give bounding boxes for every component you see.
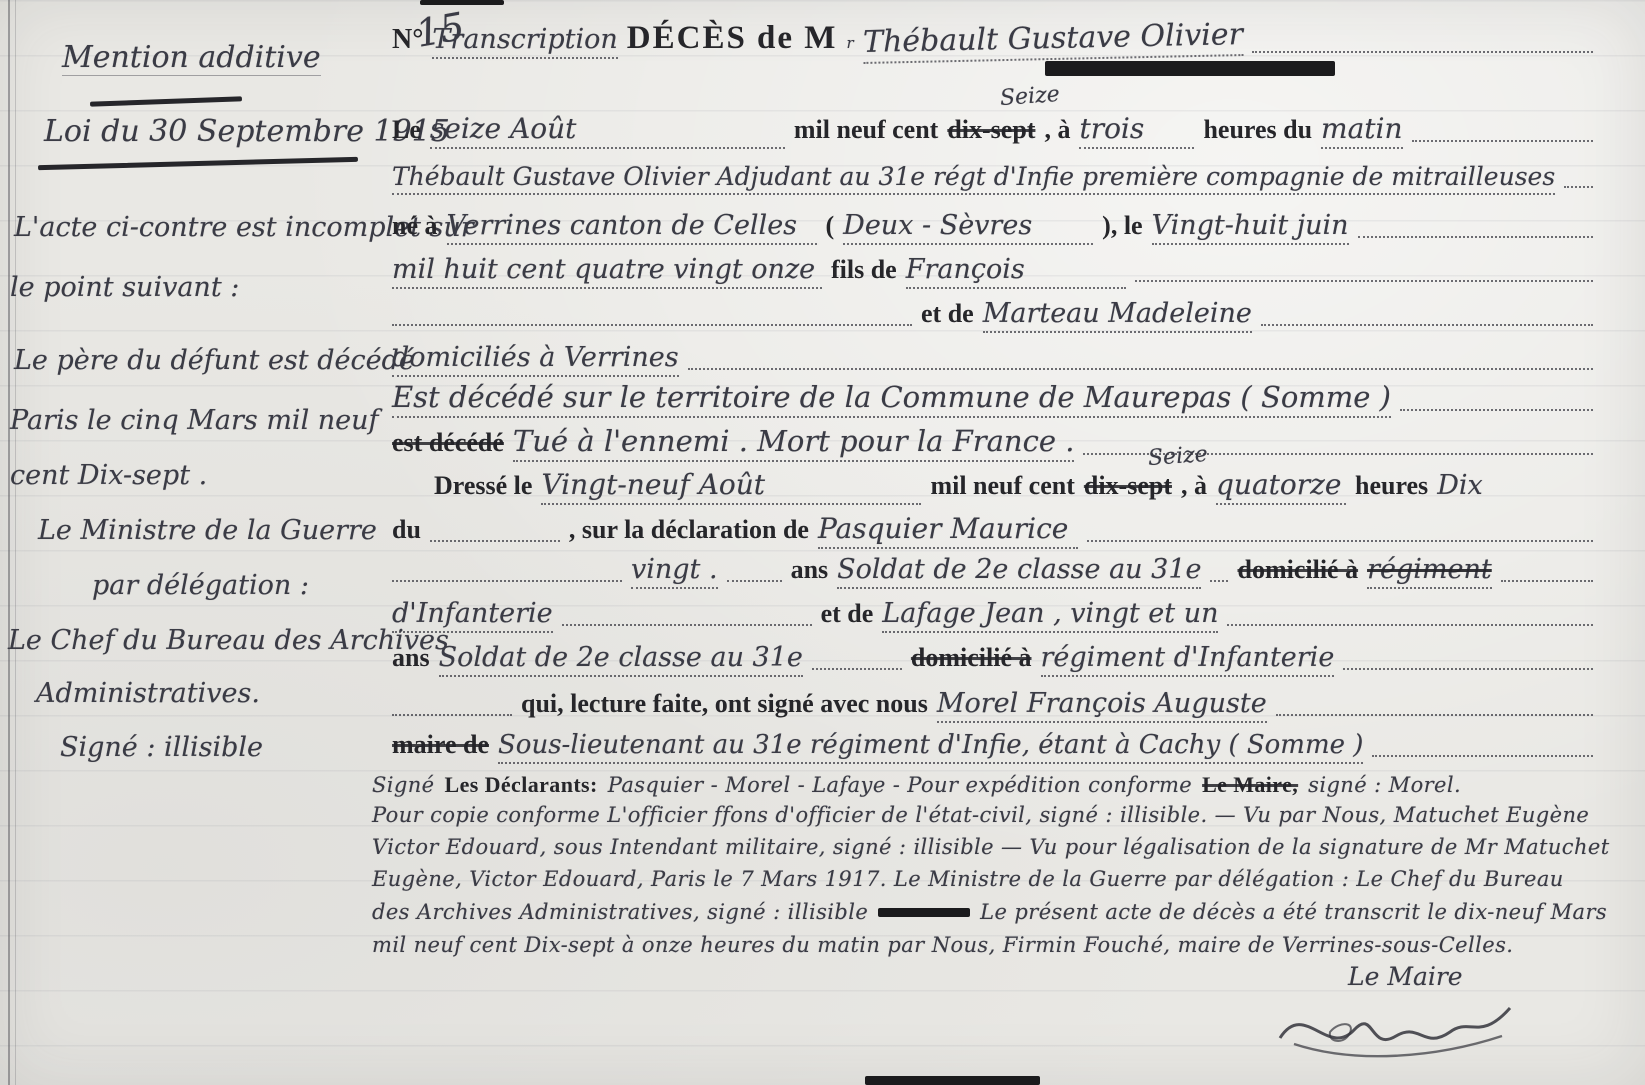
dresse-le-label: Dressé le [434, 471, 532, 501]
lecture-faite-label: qui, lecture faite, ont signé avec nous [521, 689, 928, 719]
body-line-signatures: qui, lecture faite, ont signé avec nous … [392, 688, 1593, 723]
paper-edge-line [8, 0, 10, 1085]
dotted-rule [1135, 280, 1593, 282]
margin-note-delegation: par délégation : [92, 570, 309, 601]
dix-sept-struck-label: dix-sept [947, 115, 1035, 145]
ans-label-2: ans [392, 643, 430, 673]
dotted-rule [392, 714, 512, 716]
et-de-label: et de [921, 299, 974, 329]
declarant1-rank-entry: Soldat de 2e classe au 31e [837, 554, 1201, 589]
ans-label: ans [791, 555, 829, 585]
father-name-entry: François [906, 254, 1126, 289]
declarant2-name-entry: Lafage Jean , vingt et un [882, 598, 1218, 633]
dotted-rule [1372, 755, 1593, 757]
et-de-label-2: et de [821, 599, 874, 629]
dotted-rule [1210, 580, 1228, 582]
transcribed-entry: Le présent acte de décès a été transcrit… [980, 900, 1607, 924]
drafted-minutes-entry: Dix [1437, 470, 1483, 501]
officer-title-entry: Sous-lieutenant au 31e régiment d'Infie,… [498, 730, 1363, 764]
dix-sept-struck-label-2: dix-sept [1084, 471, 1172, 501]
body-line-birthyear: mil huit cent quatre vingt onze fils de … [392, 254, 1593, 289]
margin-note-chef-1: Le Chef du Bureau des Archives [8, 625, 449, 656]
signed-morel-entry: signé : Morel. [1308, 773, 1461, 797]
signe-entry: Signé [372, 773, 435, 797]
identity-entry: Thébault Gustave Olivier Adjudant au 31e… [392, 162, 1555, 195]
body-line-declarant2: d'Infanterie et de Lafage Jean , vingt e… [392, 598, 1593, 633]
document-page: Mention additive Loi du 30 Septembre 191… [0, 0, 1645, 1085]
dotted-rule [392, 324, 912, 326]
body-line-mother: et de Marteau Madeleine [392, 298, 1593, 333]
drafted-hour-entry: quatorze [1216, 468, 1346, 505]
body-line-cause: est décédé Tué à l'ennemi . Mort pour la… [392, 424, 1593, 462]
body-line-domicile: domiciliés à Verrines [392, 342, 1593, 377]
body-line-death-place: Est décédé sur le territoire de la Commu… [392, 380, 1593, 418]
domicilie-a-struck-label-2: domicilié à [911, 643, 1032, 673]
redaction-bar-bottom [865, 1076, 1040, 1085]
margin-note-signe: Signé : illisible [60, 732, 263, 763]
dotted-rule [1261, 324, 1593, 326]
dotted-rule [1412, 140, 1593, 142]
heures-du-label: heures du [1203, 115, 1312, 145]
footer-line-declarants: Signé Les Déclarants: Pasquier - Morel -… [372, 772, 1599, 798]
mother-name-entry: Marteau Madeleine [983, 298, 1252, 333]
declarants-label: Les Déclarants: [445, 772, 598, 798]
a-label-2: , à [1181, 471, 1207, 501]
death-place-entry: Est décédé sur le territoire de la Commu… [392, 380, 1391, 418]
legalisation-entry: Eugène, Victor Edouard, Paris le 7 Mars … [372, 867, 1564, 891]
footer-line-ministre: Eugène, Victor Edouard, Paris le 7 Mars … [372, 867, 1599, 891]
body-line-birthplace: né à Verrines canton de Celles ( Deux - … [392, 210, 1593, 245]
mil-neuf-cent-label: mil neuf cent [794, 115, 938, 145]
footer-line-transcription-date: mil neuf cent Dix-sept à onze heures du … [372, 933, 1599, 957]
death-date-entry: seize Août [430, 112, 785, 149]
margin-note-chef-2: Administratives. [36, 678, 260, 709]
margin-note-ministre: Le Ministre de la Guerre [38, 515, 377, 546]
margin-note-pere-3: cent Dix-sept . [10, 460, 207, 491]
birthdate-entry: Vingt-huit juin [1152, 210, 1349, 245]
margin-note-incomplet-2: le point suivant : [10, 272, 239, 303]
dotted-rule [562, 624, 812, 626]
dotted-rule [1564, 186, 1593, 188]
mayor-signature [1270, 980, 1530, 1075]
dotted-rule [812, 668, 902, 670]
dotted-rule [1358, 236, 1593, 238]
body-line-death-date: Le seize Août mil neuf cent dix-sept , à… [392, 112, 1593, 149]
death-period-entry: matin [1321, 112, 1402, 149]
domicilie-a-struck-label: domicilié à [1237, 555, 1358, 585]
dotted-rule [1087, 540, 1593, 542]
close-paren-le-label: ), le [1102, 211, 1142, 241]
margin-note-pere-1: Le père du défunt est décédé [14, 345, 415, 376]
header-row: N° Transcription DÉCÈS de Mr Thébault Gu… [392, 20, 1593, 60]
correction-seize-1: Seize [999, 82, 1060, 111]
paper-edge-line-2 [15, 0, 16, 1085]
death-hour-entry: trois [1079, 112, 1194, 149]
deceased-name-entry: Thébault Gustave Olivier [862, 17, 1243, 64]
intendant-entry: Victor Edouard, sous Intendant militaire… [372, 835, 1610, 859]
birthyear-entry: mil huit cent quatre vingt onze [392, 254, 822, 289]
declarant1-name-entry: Pasquier Maurice [818, 512, 1078, 549]
dotted-rule [430, 540, 560, 542]
mil-neuf-cent-label-2: mil neuf cent [930, 471, 1074, 501]
footer-line-archives: des Archives Administratives, signé : il… [372, 900, 1599, 924]
dotted-rule [688, 368, 1593, 370]
declaration-label: , sur la déclaration de [569, 515, 809, 545]
le-label: Le [392, 115, 421, 145]
copie-conforme-entry: Pour copie conforme L'officier ffons d'o… [372, 803, 1589, 827]
dotted-rule [1501, 580, 1593, 582]
margin-note-loi: Loi du 30 Septembre 1915 [44, 114, 450, 149]
body-line-drafted: Dressé le Vingt-neuf Août mil neuf cent … [392, 468, 1593, 505]
dotted-rule [1400, 409, 1593, 411]
le-maire-struck-label: Le Maire, [1202, 772, 1298, 798]
declarants-names-entry: Pasquier - Morel - Lafaye - Pour expédit… [608, 773, 1192, 797]
drafted-date-entry: Vingt-neuf Août [541, 468, 921, 505]
department-entry: Deux - Sèvres [843, 210, 1093, 245]
cause-of-death-entry: Tué à l'ennemi . Mort pour la France . [513, 424, 1075, 462]
birthplace-entry: Verrines canton de Celles [447, 210, 817, 245]
body-line-declaration: du , sur la déclaration de Pasquier Maur… [392, 512, 1593, 549]
dotted-rule [1276, 714, 1593, 716]
footer-line-intendant: Victor Edouard, sous Intendant militaire… [372, 835, 1599, 859]
dotted-rule [1252, 51, 1593, 53]
ne-a-label: né à [392, 211, 438, 241]
declarant1-regiment-cont-entry: d'Infanterie [392, 598, 553, 633]
dotted-rule [392, 580, 622, 582]
declarant2-regiment-entry: régiment d'Infanterie [1041, 642, 1335, 677]
fils-de-label: fils de [831, 255, 897, 285]
redaction-bar-top [420, 0, 504, 5]
m-superscript: r [846, 34, 853, 52]
transcription-date-entry: mil neuf cent Dix-sept à onze heures du … [372, 933, 1513, 957]
archives-entry: des Archives Administratives, signé : il… [372, 900, 868, 924]
margin-note-pere-2: Paris le cinq Mars mil neuf [10, 405, 379, 436]
declarant1-age-entry: vingt . [631, 554, 718, 589]
body-line-identity: Thébault Gustave Olivier Adjudant au 31e… [392, 162, 1593, 195]
dotted-rule [1227, 624, 1593, 626]
header-ink-bar [1045, 61, 1335, 76]
declarant2-rank-entry: Soldat de 2e classe au 31e [439, 642, 803, 677]
body-line-declarant2-details: ans Soldat de 2e classe au 31e domicilié… [392, 642, 1593, 677]
footer-line-copie: Pour copie conforme L'officier ffons d'o… [372, 803, 1599, 827]
open-paren-label: ( [826, 211, 835, 241]
record-number-entry: 15 [413, 4, 468, 56]
du-label: du [392, 515, 421, 545]
maire-de-struck-label: maire de [392, 730, 489, 760]
heures-label: heures [1355, 471, 1428, 501]
domicile-entry: domiciliés à Verrines [392, 342, 679, 377]
deces-label: DÉCÈS de M [627, 20, 838, 57]
dotted-rule [1083, 453, 1593, 455]
ink-dash [878, 908, 970, 917]
est-decede-struck-label: est décédé [392, 428, 504, 458]
ink-underline [90, 96, 242, 106]
body-line-officer-title: maire de Sous-lieutenant au 31e régiment… [392, 730, 1593, 764]
officer-name-entry: Morel François Auguste [937, 688, 1267, 723]
a-label: , à [1044, 115, 1070, 145]
body-line-declarant1-details: vingt . ans Soldat de 2e classe au 31e d… [392, 554, 1593, 589]
declarant1-regiment-entry: régiment [1367, 554, 1492, 589]
margin-note-mention-additive: Mention additive [62, 40, 321, 76]
ink-underline [38, 157, 358, 170]
dotted-rule [727, 580, 782, 582]
dotted-rule [1343, 668, 1593, 670]
